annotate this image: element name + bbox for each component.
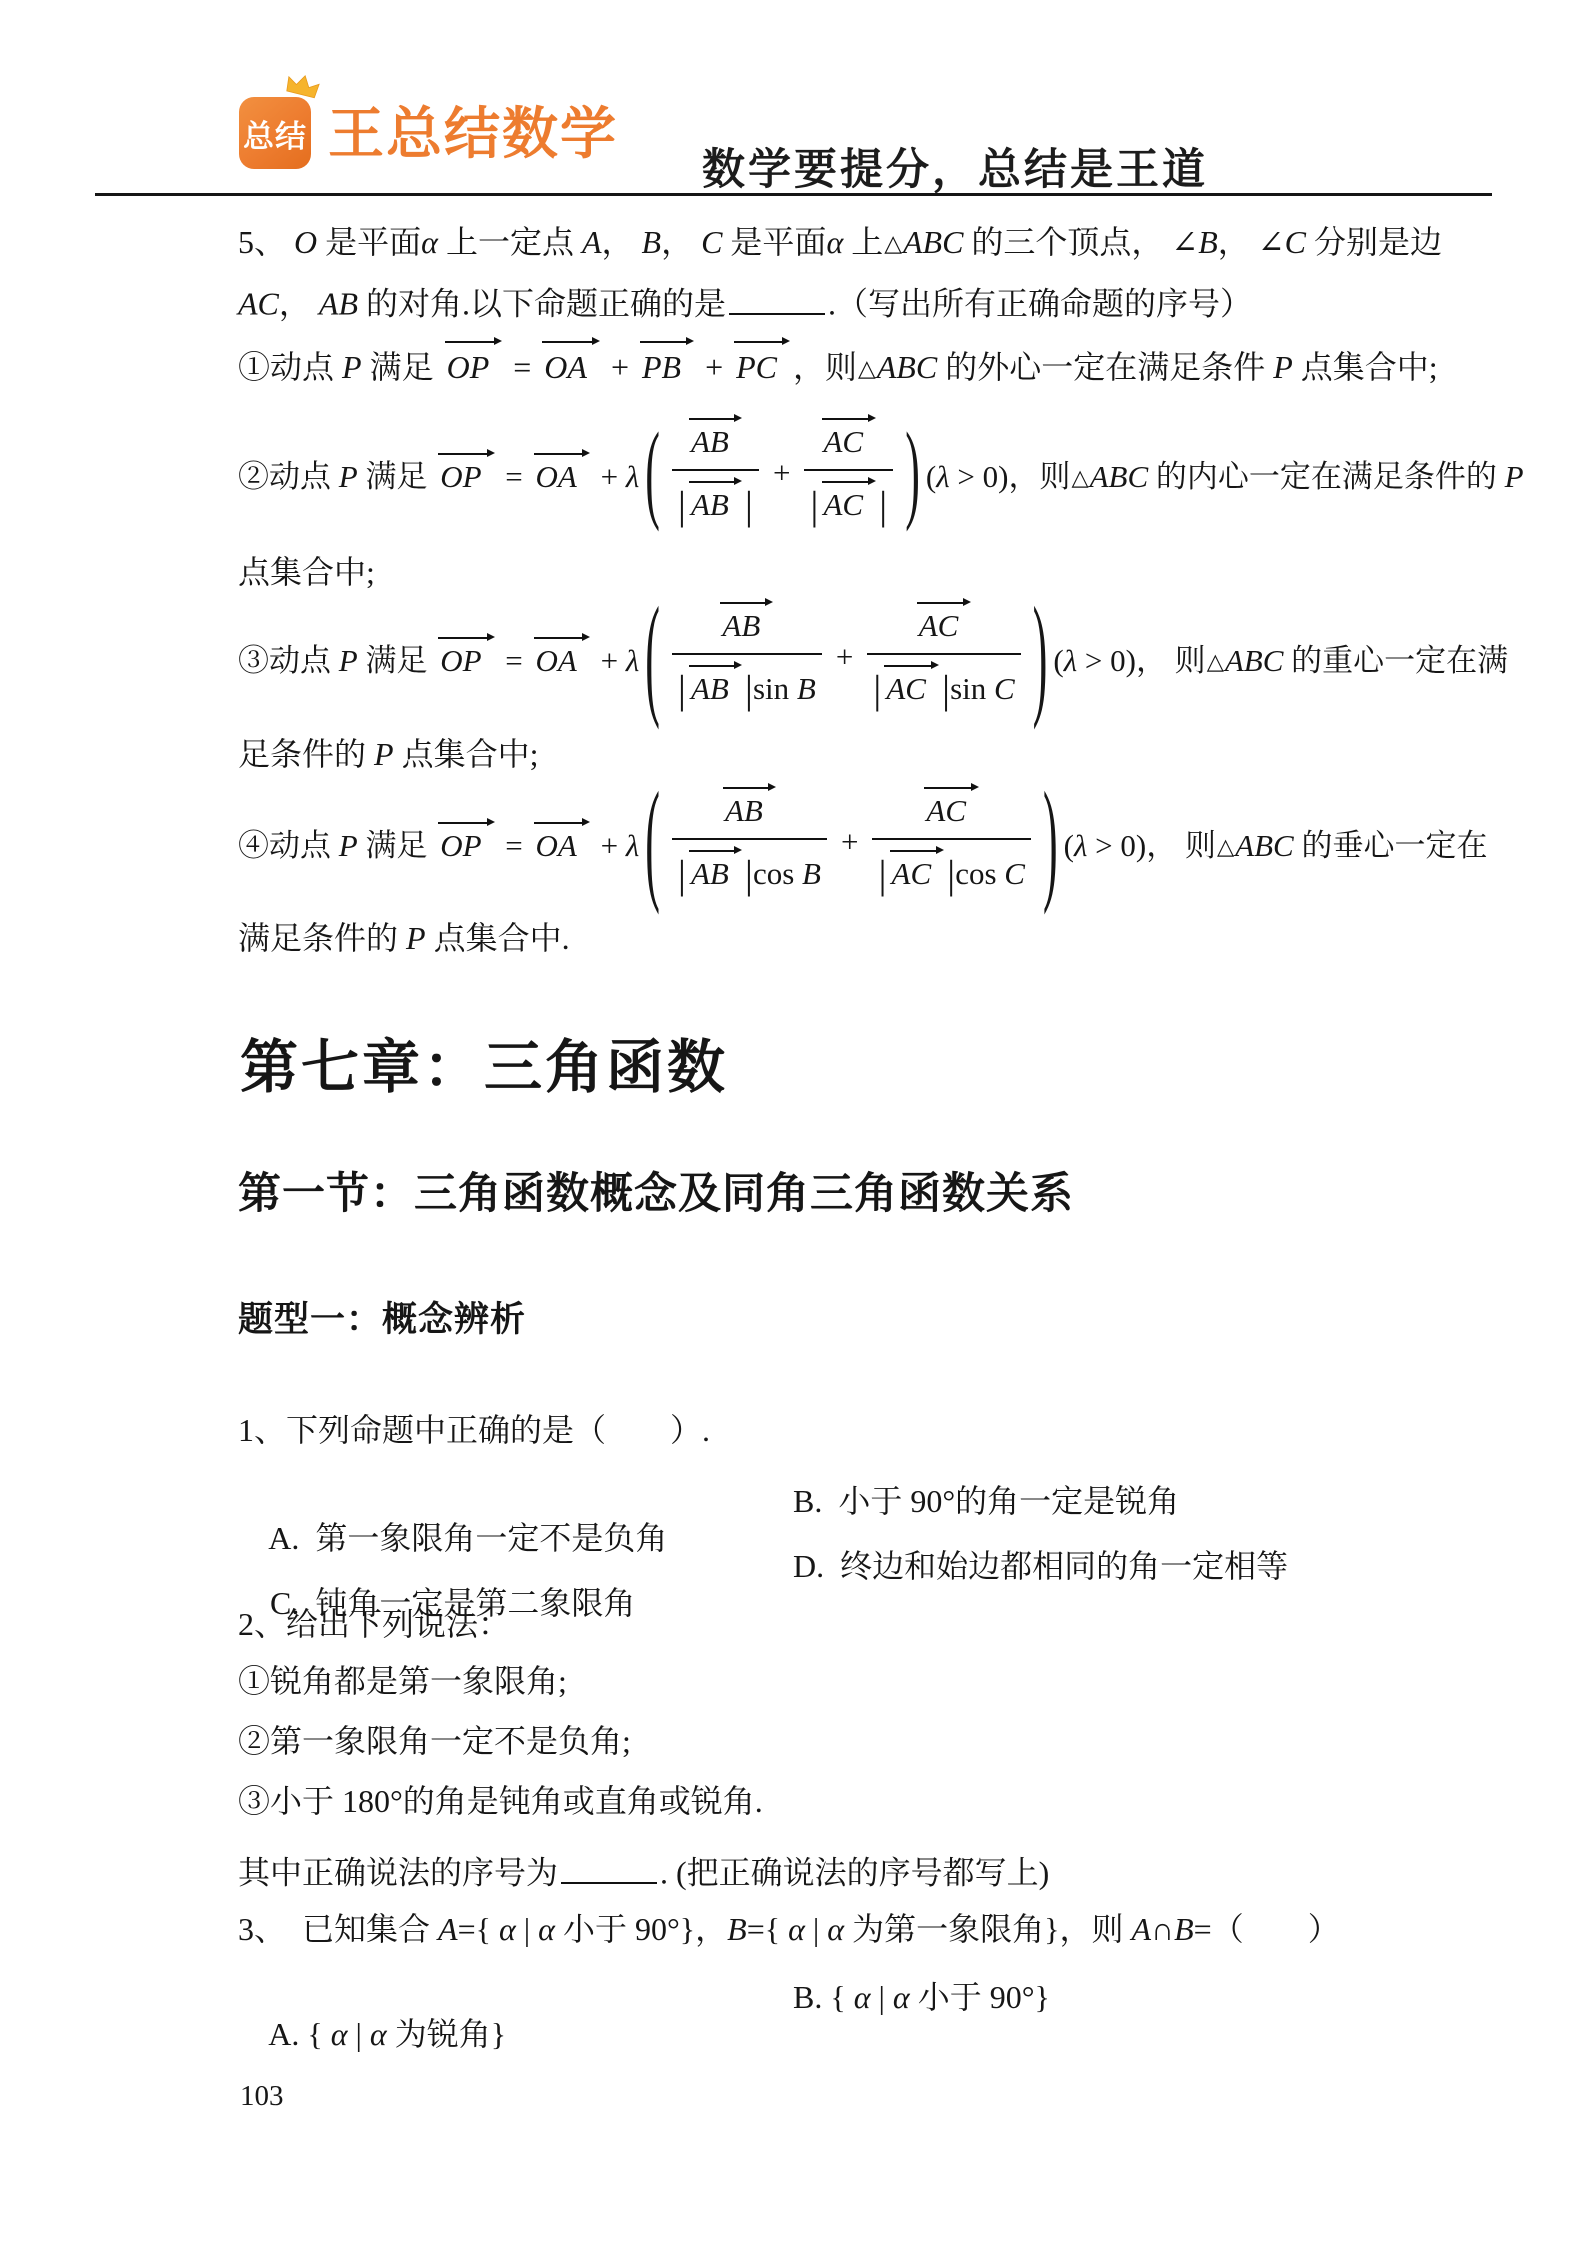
abs-bar: | bbox=[678, 483, 686, 528]
section-title: 第一节：三角函数概念及同角三角函数关系 bbox=[238, 1160, 1074, 1221]
plus-operator: + bbox=[836, 639, 853, 675]
abs-bar: | bbox=[942, 667, 950, 712]
option-d: D. 终边和始边都相同的角一定相等 bbox=[793, 1541, 1288, 1587]
angle-c: C bbox=[1004, 856, 1025, 891]
proposition-2-formula: ②动点 P 满足 OP = OA + λ ( AB |AB| + AC |AC|… bbox=[238, 398, 1524, 548]
plus-operator: + bbox=[841, 824, 858, 860]
fraction-ac-sinc: AC |AC|sin C bbox=[867, 599, 1020, 715]
formula-tail: (λ > 0)， 则△ABC 的垂心一定在 bbox=[1064, 820, 1488, 865]
abs-bar: | bbox=[878, 852, 886, 897]
vector-ac: AC bbox=[883, 664, 938, 707]
vector-ac: AC bbox=[889, 849, 944, 892]
vector-ab: AB bbox=[688, 480, 741, 523]
problem2-conclusion: 其中正确说法的序号为. (把正确说法的序号都写上) bbox=[238, 1849, 1498, 1894]
abs-bar: | bbox=[745, 667, 753, 712]
formula-tail: (λ > 0)， 则△ABC 的重心一定在满 bbox=[1053, 635, 1508, 680]
badge-label: 总结 bbox=[243, 111, 307, 156]
formula-lead: ④动点 P 满足 OP = OA + λ bbox=[238, 820, 639, 865]
fraction-ac: AC |AC| bbox=[804, 415, 893, 531]
document-page: 总结 王总结数学 数学要提分，总结是王道 5、 O 是平面α 上一定点 A， B… bbox=[0, 0, 1587, 2245]
open-paren: ( bbox=[645, 418, 660, 528]
abs-bar: | bbox=[873, 667, 881, 712]
problem2-stem: 2、给出下列说法： bbox=[238, 1604, 1498, 1646]
open-paren: ( bbox=[645, 589, 660, 725]
vector-ac: AC bbox=[821, 417, 876, 460]
close-paren: ) bbox=[1043, 774, 1058, 910]
proposition-1: ①动点 P 满足 OP = OA + PB + PC，则△ABC 的外心一定在满… bbox=[238, 340, 1498, 389]
header-divider bbox=[95, 193, 1492, 196]
vector-ac: AC bbox=[923, 786, 978, 829]
abs-bar: | bbox=[678, 852, 686, 897]
vector-ac: AC bbox=[821, 480, 876, 523]
brand-title: 王总结数学 bbox=[328, 98, 618, 170]
abs-bar: | bbox=[947, 852, 955, 897]
cos-function: cos bbox=[955, 856, 1004, 891]
vector-ac: AC bbox=[916, 601, 971, 644]
formula-tail: (λ > 0)，则△ABC 的内心一定在满足条件的 P bbox=[926, 451, 1524, 496]
sin-function: sin bbox=[753, 671, 797, 706]
open-paren: ( bbox=[645, 774, 660, 910]
problem3-options-row: A. { α | α 为锐角} B. { α | α 小于 90°} bbox=[238, 1972, 1498, 2129]
proposition-4-carry: 满足条件的 P 点集合中. bbox=[238, 918, 1498, 960]
vector-ab: AB bbox=[722, 786, 775, 829]
fraction-ab: AB |AB| bbox=[672, 415, 759, 531]
brand-tagline: 数学要提分，总结是王道 bbox=[702, 136, 1208, 197]
fraction-ac-cosc: AC |AC|cos C bbox=[872, 784, 1031, 900]
topic-title: 题型一：概念辨析 bbox=[238, 1292, 526, 1342]
cos-function: cos bbox=[753, 856, 802, 891]
option-b: B. { α | α 小于 90°} bbox=[793, 1972, 1050, 2018]
formula-lead: ②动点 P 满足 OP = OA + λ bbox=[238, 451, 639, 496]
brand-logo-badge: 总结 bbox=[239, 97, 311, 169]
page-number: 103 bbox=[240, 2080, 284, 2113]
statement-1: ①锐角都是第一象限角; bbox=[238, 1661, 1498, 1703]
problem5-stem-line1: 5、 O 是平面α 上一定点 A， B， C 是平面α 上△ABC 的三个顶点，… bbox=[238, 222, 1498, 264]
angle-c: C bbox=[994, 671, 1015, 706]
option-a: A. { α | α 为锐角} bbox=[268, 2016, 506, 2052]
abs-bar: | bbox=[678, 667, 686, 712]
chapter-title: 第七章：三角函数 bbox=[240, 1020, 728, 1104]
abs-bar: | bbox=[745, 852, 753, 897]
problem3-stem: 3、 已知集合 A={ α | α 小于 90°}，B={ α | α 为第一象… bbox=[238, 1909, 1498, 1951]
option-b: B. 小于 90°的角一定是锐角 bbox=[793, 1476, 1179, 1522]
fraction-ab-cosb: AB |AB|cos B bbox=[672, 784, 827, 900]
plus-operator: + bbox=[773, 455, 790, 491]
angle-b: B bbox=[802, 856, 821, 891]
angle-b: B bbox=[797, 671, 816, 706]
statement-2: ②第一象限角一定不是负角; bbox=[238, 1721, 1498, 1763]
vector-ab: AB bbox=[688, 417, 741, 460]
close-paren: ) bbox=[905, 418, 920, 528]
abs-bar: | bbox=[745, 483, 753, 528]
formula-lead: ③动点 P 满足 OP = OA + λ bbox=[238, 635, 639, 680]
abs-bar: | bbox=[879, 483, 887, 528]
statement-3: ③小于 180°的角是钝角或直角或锐角. bbox=[238, 1781, 1498, 1823]
proposition-3-formula: ③动点 P 满足 OP = OA + λ ( AB |AB|sin B + AC… bbox=[238, 573, 1508, 741]
problem1-stem: 1、下列命题中正确的是（ ）. bbox=[238, 1410, 1498, 1452]
close-paren: ) bbox=[1033, 589, 1048, 725]
fraction-ab-sinb: AB |AB|sin B bbox=[672, 599, 822, 715]
abs-bar: | bbox=[810, 483, 818, 528]
proposition-4-formula: ④动点 P 满足 OP = OA + λ ( AB |AB|cos B + AC… bbox=[238, 758, 1487, 926]
vector-ab: AB bbox=[688, 849, 741, 892]
vector-ab: AB bbox=[688, 664, 741, 707]
vector-ab: AB bbox=[719, 601, 772, 644]
problem5-stem-line2: AC， AB 的对角.以下命题正确的是.（写出所有正确命题的序号） bbox=[238, 280, 1498, 325]
sin-function: sin bbox=[950, 671, 994, 706]
